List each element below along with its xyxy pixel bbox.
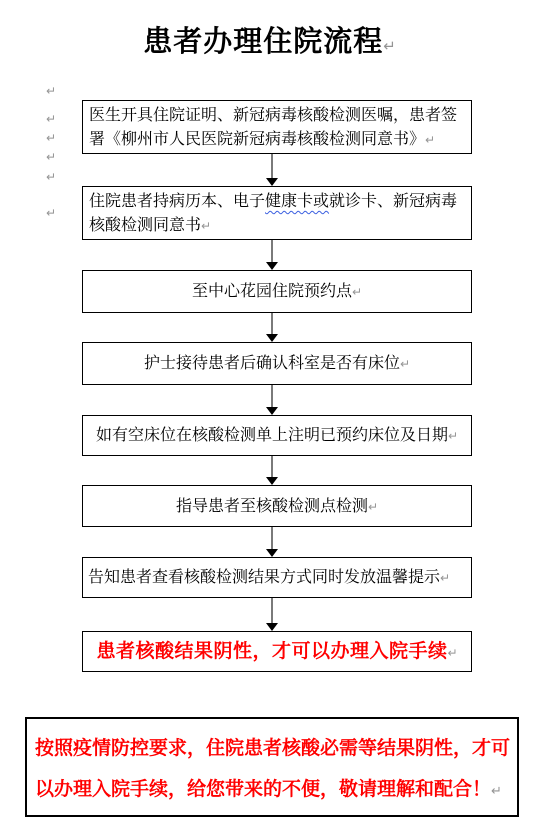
flow-step-text: 指导患者至核酸检测点检测 xyxy=(176,498,368,515)
paragraph-mark-icon: ↵ xyxy=(491,784,502,799)
flow-step-inform-results: 告知患者查看核酸检测结果方式同时发放温馨提示↵ xyxy=(82,557,472,598)
flow-step-nurse-confirm-bed: 护士接待患者后确认科室是否有床位↵ xyxy=(82,342,472,385)
flow-arrow-head-icon xyxy=(266,407,278,415)
flow-step-text: 至中心花园住院预约点 xyxy=(192,283,352,300)
flow-step-negative-result-required: 患者核酸结果阴性，才可以办理入院手续↵ xyxy=(82,631,472,672)
paragraph-mark-icon: ↵ xyxy=(46,131,60,145)
page-title: 患者办理住院流程↵ xyxy=(0,22,539,62)
flow-step-text: 核酸检测同意书↵ xyxy=(89,214,467,238)
flow-arrow-head-icon xyxy=(266,178,278,186)
notice-text-line: 以办理入院手续，给您带来的不便，敬请理解和配合！↵ xyxy=(35,769,511,812)
flow-step-text: 如有空床位在核酸检测单上注明已预约床位及日期 xyxy=(96,427,448,444)
flow-step-guide-to-test: 指导患者至核酸检测点检测↵ xyxy=(82,485,472,527)
flow-arrow-head-icon xyxy=(266,334,278,342)
paragraph-mark-icon: ↵ xyxy=(46,150,60,164)
paragraph-mark-icon: ↵ xyxy=(448,429,458,443)
paragraph-mark-icon: ↵ xyxy=(352,285,362,299)
flow-arrow-shaft xyxy=(271,313,273,334)
flow-step-text: 告知患者查看核酸检测结果方式同时发放温馨提示 xyxy=(88,569,440,586)
paragraph-mark-icon: ↵ xyxy=(46,170,60,184)
flow-step-text: 署《柳州市人民医院新冠病毒核酸检测同意书》↵ xyxy=(89,128,467,152)
flow-step-text: 医生开具住院证明、新冠病毒核酸检测医嘱，患者签 xyxy=(89,104,467,128)
flow-arrow-shaft xyxy=(271,240,273,262)
flow-arrow-head-icon xyxy=(266,549,278,557)
flow-arrow-shaft xyxy=(271,385,273,407)
paragraph-mark-icon: ↵ xyxy=(425,133,435,147)
flow-step-doctor-order: 医生开具住院证明、新冠病毒核酸检测医嘱，患者签 署《柳州市人民医院新冠病毒核酸检… xyxy=(82,100,472,154)
flow-step-reservation-point: 至中心花园住院预约点↵ xyxy=(82,270,472,313)
flow-step-note-bed-date: 如有空床位在核酸检测单上注明已预约床位及日期↵ xyxy=(82,415,472,456)
flow-arrow-shaft xyxy=(271,456,273,477)
page-title-text: 患者办理住院流程 xyxy=(143,26,383,58)
paragraph-mark-icon: ↵ xyxy=(46,84,60,98)
paragraph-mark-icon: ↵ xyxy=(46,206,60,220)
flow-arrow-shaft xyxy=(271,598,273,623)
flow-arrow-head-icon xyxy=(266,477,278,485)
paragraph-mark-icon: ↵ xyxy=(383,37,396,55)
paragraph-mark-icon: ↵ xyxy=(447,646,457,660)
flow-step-patient-documents: 住院患者持病历本、电子健康卡或就诊卡、新冠病毒 核酸检测同意书↵ xyxy=(82,186,472,240)
paragraph-mark-icon: ↵ xyxy=(440,571,450,585)
flow-arrow-shaft xyxy=(271,154,273,178)
flow-arrow-head-icon xyxy=(266,262,278,270)
flow-step-text: 护士接待患者后确认科室是否有床位 xyxy=(144,355,400,372)
flow-step-text: 患者核酸结果阴性，才可以办理入院手续 xyxy=(96,640,447,662)
flow-arrow-head-icon xyxy=(266,623,278,631)
paragraph-mark-icon: ↵ xyxy=(368,500,378,514)
document-page: 患者办理住院流程↵ ↵ ↵ ↵ ↵ ↵ ↵ 医生开具住院证明、新冠病毒核酸检测医… xyxy=(0,0,539,837)
paragraph-mark-icon: ↵ xyxy=(201,219,211,233)
notice-text-line: 按照疫情防控要求，住院患者核酸必需等结果阴性，才可 xyxy=(35,728,511,769)
paragraph-mark-icon: ↵ xyxy=(400,357,410,371)
flow-step-text: 住院患者持病历本、电子健康卡或就诊卡、新冠病毒 xyxy=(89,190,467,214)
spellcheck-squiggle: 健康卡或 xyxy=(265,193,329,210)
paragraph-mark-icon: ↵ xyxy=(46,112,60,126)
epidemic-notice-box: 按照疫情防控要求，住院患者核酸必需等结果阴性，才可 以办理入院手续，给您带来的不… xyxy=(25,717,519,817)
flow-arrow-shaft xyxy=(271,527,273,549)
